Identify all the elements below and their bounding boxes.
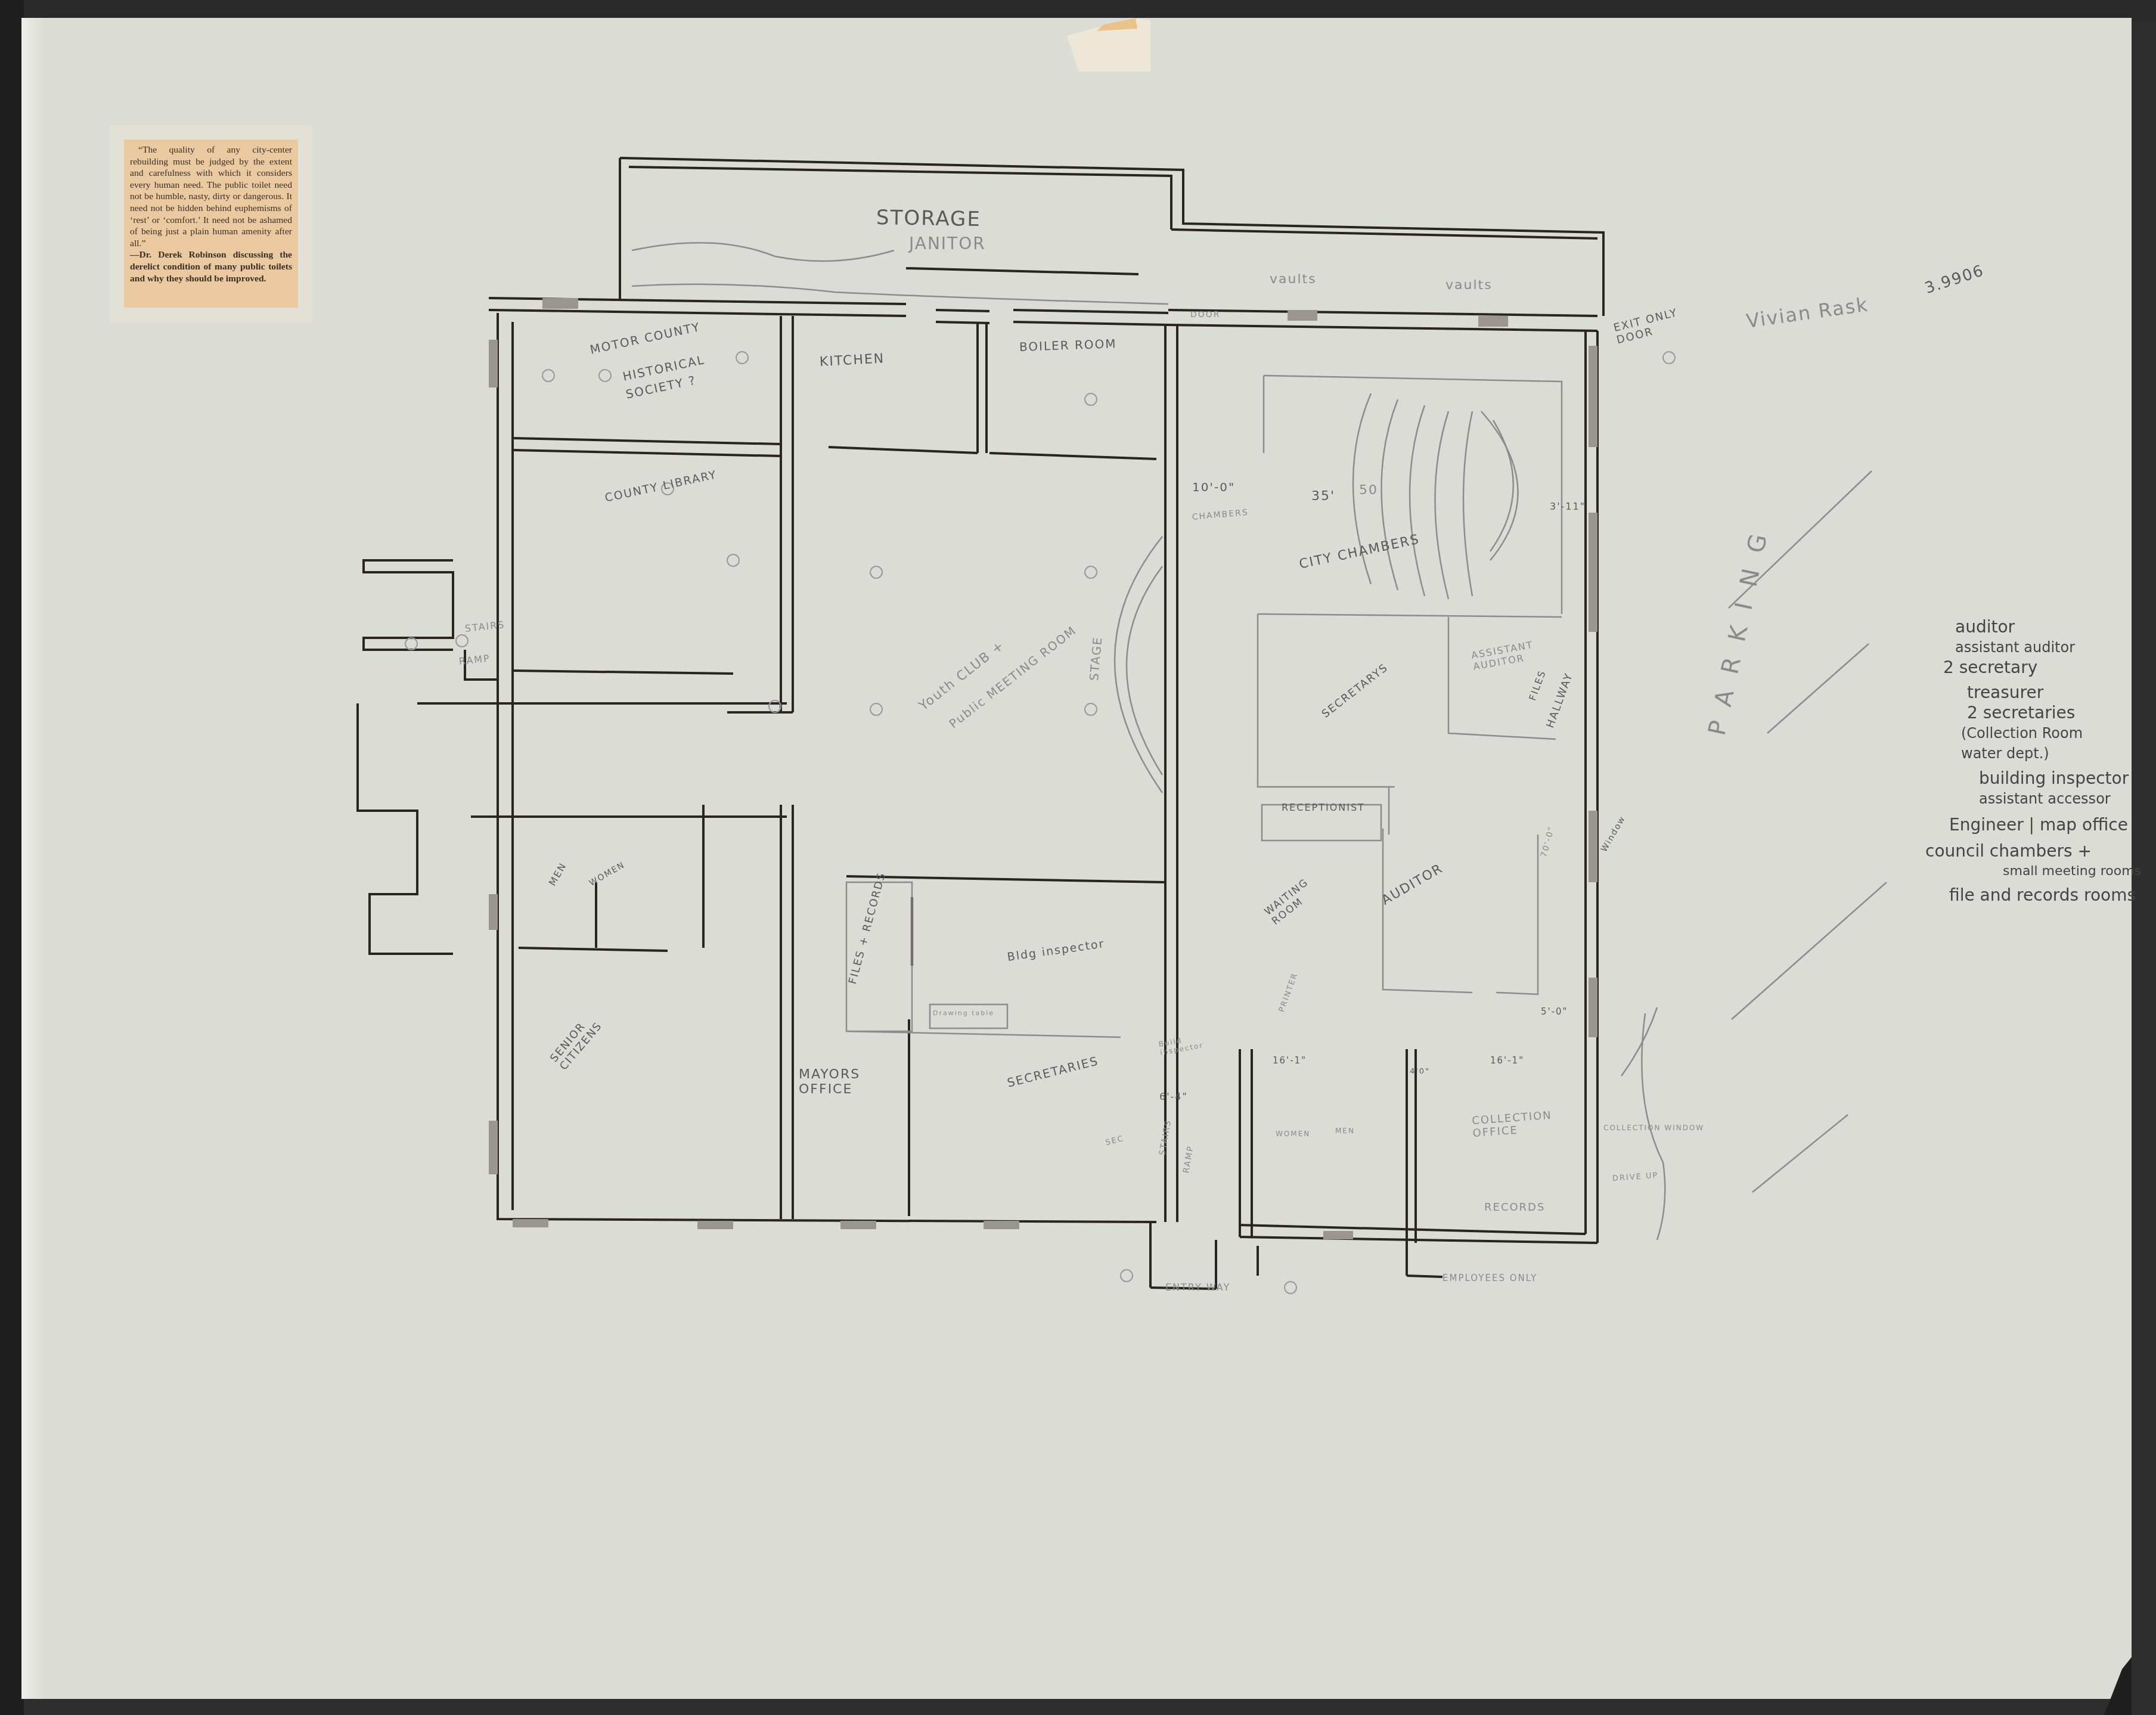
- ink-walls: [358, 158, 1603, 1289]
- dim-10-0: 10'-0": [1192, 480, 1235, 494]
- clipping-attribution: —Dr. Derek Robinson discussing the derel…: [130, 249, 292, 284]
- note-item: council chambers +: [1925, 841, 2152, 861]
- label-entry-way: ENTRY WAY: [1165, 1282, 1230, 1293]
- dim-16-1-b: 16'-1": [1490, 1055, 1524, 1066]
- light-fixtures: [405, 352, 1675, 1294]
- label-receptionist: RECEPTIONIST: [1282, 802, 1365, 813]
- label-door: DOOR: [1190, 310, 1221, 320]
- dim-3-11: 3'-11": [1550, 501, 1586, 512]
- label-janitor: JANITOR: [909, 234, 986, 253]
- label-vaults-1: vaults: [1270, 272, 1317, 287]
- note-item: building inspector: [1925, 768, 2152, 789]
- label-men-right: MEN: [1335, 1127, 1355, 1135]
- label-collection-window: COLLECTION WINDOW: [1603, 1124, 1704, 1132]
- label-women-right: WOMEN: [1276, 1130, 1310, 1138]
- label-mayors-office: MAYORS OFFICE: [799, 1067, 876, 1097]
- note-item: 2 secretary: [1925, 658, 2152, 678]
- dim-6-4: 6'-4": [1159, 1091, 1188, 1102]
- note-item: water dept.): [1925, 743, 2152, 764]
- label-collection-office: COLLECTION OFFICE: [1472, 1110, 1539, 1140]
- note-item: assistant auditor: [1925, 637, 2152, 658]
- note-item: Engineer | map office: [1925, 815, 2152, 835]
- note-item: assistant accessor: [1925, 789, 2152, 809]
- label-drawing-table: Drawing table: [933, 1009, 994, 1017]
- dim-16-1-a: 16'-1": [1273, 1055, 1307, 1066]
- label-employees-only: EMPLOYEES ONLY: [1442, 1273, 1537, 1283]
- label-records: RECORDS: [1484, 1201, 1545, 1214]
- note-item: 2 secretaries: [1925, 703, 2152, 723]
- note-item: small meeting rooms: [1925, 861, 2152, 882]
- handwritten-notes: auditor assistant auditor 2 secretary tr…: [1925, 617, 2152, 905]
- note-item: auditor: [1925, 617, 2152, 637]
- window-hatches: [489, 298, 1597, 1239]
- dim-35: 35': [1311, 489, 1335, 504]
- dim-50: 50: [1359, 483, 1378, 498]
- floor-plan-drawing: [0, 0, 2156, 1715]
- torn-corner: [2104, 1657, 2132, 1715]
- note-item: (Collection Room: [1925, 723, 2152, 743]
- dim-5-0: 5'-0": [1541, 1006, 1568, 1017]
- label-storage: STORAGE: [876, 206, 982, 231]
- note-item: treasurer: [1925, 683, 2152, 703]
- note-item: file and records rooms: [1925, 885, 2152, 905]
- clipping-quote: “The quality of any city-center rebuildi…: [130, 144, 292, 249]
- newspaper-clipping: “The quality of any city-center rebuildi…: [124, 139, 298, 308]
- dim-4-0: 4'0": [1410, 1067, 1430, 1076]
- label-vaults-2: vaults: [1445, 278, 1493, 293]
